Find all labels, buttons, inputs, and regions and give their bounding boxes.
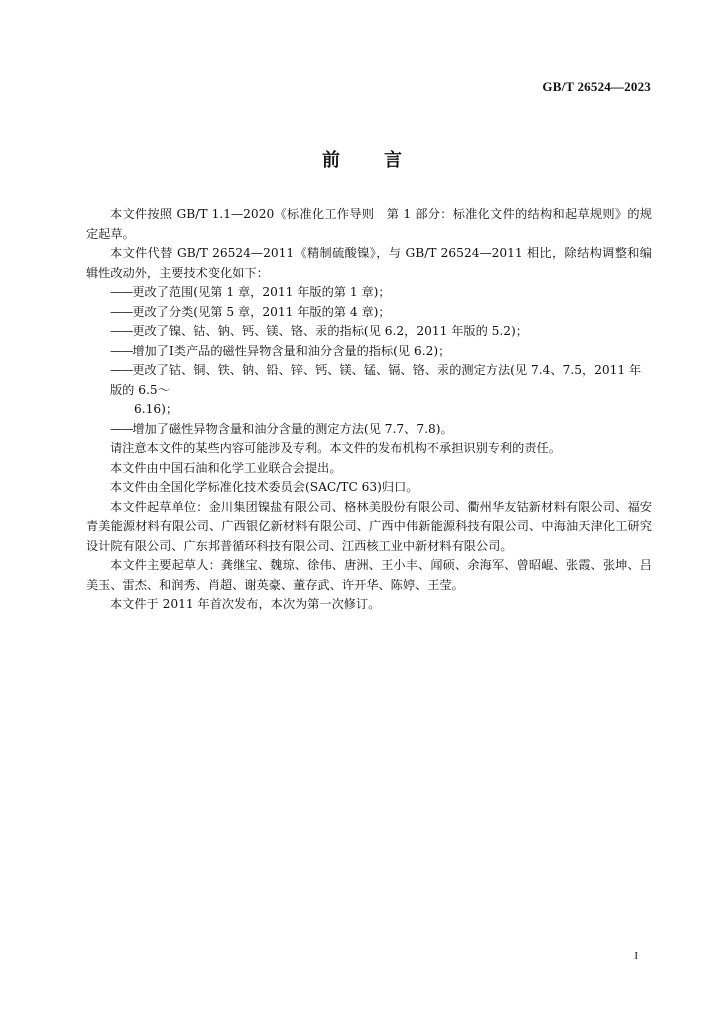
paragraph-drafting-rules: 本文件按照 GB/T 1.1—2020《标准化工作导则 第 1 部分：标准化文件… (86, 205, 652, 244)
title-char-1: 前 (322, 146, 340, 172)
change-item: ——更改了镍、钴、钠、钙、镁、铬、汞的指标(见 6.2，2011 年版的 5.2… (86, 322, 652, 342)
change-item: ——增加了Ⅰ类产品的磁性异物含量和油分含量的指标(见 6.2)； (86, 342, 652, 362)
patent-notice: 请注意本文件的某些内容可能涉及专利。本文件的发布机构不承担识别专利的责任。 (86, 439, 652, 459)
standard-code: GB/T 26524—2023 (542, 79, 651, 95)
dash: —— (110, 305, 132, 319)
dash: —— (110, 285, 132, 299)
centralized-by: 本文件由全国化学标准化技术委员会(SAC/TC 63)归口。 (86, 478, 652, 498)
dash: —— (110, 363, 132, 377)
page-number: I (634, 950, 638, 962)
change-item: ——增加了磁性异物含量和油分含量的测定方法(见 7.7、7.8)。 (86, 420, 652, 440)
title-char-2: 言 (384, 146, 402, 172)
dash: —— (110, 324, 132, 338)
drafters: 本文件主要起草人：龚继宝、魏琼、徐伟、唐洲、王小丰、闻硕、余海军、曾昭崐、张霞、… (86, 556, 652, 595)
drafting-units: 本文件起草单位：金川集团镍盐有限公司、格林美股份有限公司、衢州华友钴新材料有限公… (86, 498, 652, 557)
paragraph-replaces: 本文件代替 GB/T 26524—2011《精制硫酸镍》，与 GB/T 2652… (86, 244, 652, 283)
page-title: 前言 (0, 146, 724, 172)
change-item: ——更改了分类(见第 5 章，2011 年版的第 4 章)； (86, 303, 652, 323)
dash: —— (110, 344, 132, 358)
publication-history: 本文件于 2011 年首次发布，本次为第一次修订。 (86, 595, 652, 615)
foreword-body: 本文件按照 GB/T 1.1—2020《标准化工作导则 第 1 部分：标准化文件… (86, 205, 652, 615)
dash: —— (110, 422, 132, 436)
change-item: ——更改了钴、铜、铁、钠、铅、锌、钙、镁、锰、镉、铬、汞的测定方法(见 7.4、… (86, 361, 652, 420)
change-item: ——更改了范围(见第 1 章，2011 年版的第 1 章)； (86, 283, 652, 303)
change-item-continuation: 6.16)； (110, 400, 652, 420)
proposed-by: 本文件由中国石油和化学工业联合会提出。 (86, 459, 652, 479)
